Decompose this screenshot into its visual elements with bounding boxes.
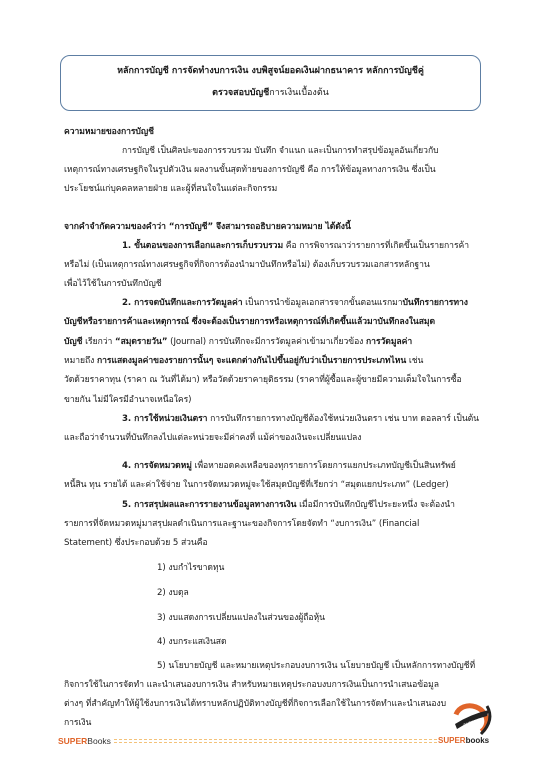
item-5-line-2: รายการที่จัดหมวดหมู่มาสรุปผลดำเนินการและ…	[64, 518, 419, 530]
logo-wordmark: SUPERbooks	[438, 736, 489, 746]
financial-statement-item: 1) งบกำไรขาดทุน	[157, 562, 224, 574]
item-2-bold-text: บันทึกรายการทาง	[403, 298, 468, 308]
item-2-text: เป็นการนำข้อมูลเอกสารจากขั้นตอนแรกมา	[242, 298, 402, 308]
item-2-text: หมายถึง	[64, 356, 97, 366]
financial-statement-item: 2) งบดุล	[157, 587, 189, 599]
section-heading-definition: จากคำจำกัดความของคำว่า “การบัญชี” จึงสาม…	[64, 221, 351, 233]
item-5-tail-line: กิจการใช้ในการจัดทำ และนำเสนองบการเงิน ส…	[64, 679, 439, 691]
item-4-title: 4. การจัดหมวดหมู่	[122, 461, 192, 471]
logo-books: books	[466, 736, 490, 745]
footer-brand-books: Books	[87, 736, 111, 746]
item-3-line-1: 3. การใช้หน่วยเงินตรา การบันทึกรายการทาง…	[122, 413, 479, 425]
item-2-bold-text: การวัดมูลค่า	[366, 337, 412, 347]
financial-statement-item: 5) นโยบายบัญชี และหมายเหตุประกอบงบการเงิ…	[157, 660, 475, 672]
item-2-line-1: 2. การจดบันทึกและการวัดมูลค่า เป็นการนำข…	[122, 297, 468, 309]
item-2-bold-text: บัญชีหรือรายการค้าและเหตุการณ์ ซึ่งจะต้อ…	[64, 317, 435, 327]
item-2-bold-text: การแสดงมูลค่าของรายการนั้นๆ จะแตกต่างกัน…	[97, 356, 406, 366]
item-1-line-1: 1. ขั้นตอนของการเลือกและการเก็บรวบรวม คื…	[122, 240, 469, 252]
item-2-bold-text: บัญชี	[64, 337, 82, 347]
title-line-2-normal: การเงินเบื้องต้น	[269, 88, 329, 98]
item-4-text: เพื่อหายอดคงเหลือของทุกรายการโดยการแยกปร…	[192, 461, 456, 471]
item-5-title: 5. การสรุปผลและการรายงานข้อมูลทางการเงิน	[122, 500, 296, 510]
item-3-line-2: และถือว่าจำนวนที่บันทึกลงไปแต่ละหน่วยจะม…	[64, 432, 361, 444]
item-2-text: (Journal) การบันทึกจะมีการวัดมูลค่าเข้าม…	[167, 337, 366, 347]
title-box: หลักการบัญชี การจัดทำงบการเงิน งบพิสูจน์…	[60, 55, 481, 111]
financial-statement-item: 4) งบกระแสเงินสด	[157, 636, 227, 648]
item-3-title: 3. การใช้หน่วยเงินตรา	[122, 414, 207, 424]
footer-brand: SUPERBooks	[58, 735, 111, 747]
item-2-title: 2. การจดบันทึกและการวัดมูลค่า	[122, 298, 242, 308]
item-2-line-2: บัญชีหรือรายการค้าและเหตุการณ์ ซึ่งจะต้อ…	[64, 316, 435, 328]
item-2-line-5: วัดด้วยราคาทุน (ราคา ณ วันที่ได้มา) หรือ…	[64, 374, 462, 386]
item-1-line-3: เพื่อไว้ใช้ในการบันทึกบัญชี	[64, 278, 162, 290]
item-2-line-4: หมายถึง การแสดงมูลค่าของรายการนั้นๆ จะแต…	[64, 355, 423, 367]
footer-brand-super: SUPER	[58, 736, 87, 746]
item-3-text: การบันทึกรายการทางบัญชีต้องใช้หน่วยเงินต…	[207, 414, 479, 424]
item-5-text: เมื่อมีการบันทึกบัญชีไประยะหนึ่ง จะต้องน…	[296, 500, 454, 510]
item-1-line-2: หรือไม่ (เป็นเหตุการณ์ทางเศรษฐกิจที่กิจก…	[64, 259, 430, 271]
item-1-title: 1. ขั้นตอนของการเลือกและการเก็บรวบรวม	[122, 241, 283, 251]
paragraph-line: เหตุการณ์ทางเศรษฐกิจในรูปตัวเงิน ผลงานขั…	[64, 164, 436, 176]
financial-statement-item: 3) งบแสดงการเปลี่ยนแปลงในส่วนของผู้ถือหุ…	[157, 612, 325, 624]
section-heading-accounting-meaning: ความหมายของการบัญชี	[64, 126, 154, 138]
item-2-text: เช่น	[406, 356, 423, 366]
logo-super: SUPER	[438, 736, 466, 745]
journal-term: “สมุดรายวัน”	[115, 337, 167, 347]
item-2-text: เรียกว่า	[82, 337, 115, 347]
item-4-line-2: หนี้สิน ทุน รายได้ และค่าใช้จ่าย ในการจั…	[64, 479, 449, 491]
title-line-1: หลักการบัญชี การจัดทำงบการเงิน งบพิสูจน์…	[61, 65, 480, 77]
item-1-text: คือ การพิจารณาว่ารายการที่เกิดขึ้นเป็นรา…	[283, 241, 469, 251]
item-5-tail-line: ต่างๆ ที่สำคัญทำให้ผู้ใช้งบการเงินได้ทรา…	[64, 698, 446, 710]
title-line-2-bold: ตรวจสอบบัญชี	[212, 88, 269, 98]
item-5-tail-line: การเงิน	[64, 717, 91, 729]
footer-divider	[114, 739, 437, 743]
item-2-line-6: ขายกัน ไม่มีใครมีอำนาจเหนือใคร)	[64, 394, 191, 406]
paragraph-line: การบัญชี เป็นศิลปะของการรวบรวม บันทึก จำ…	[122, 145, 439, 157]
item-2-line-3: บัญชี เรียกว่า “สมุดรายวัน” (Journal) กา…	[64, 336, 412, 348]
item-4-line-1: 4. การจัดหมวดหมู่ เพื่อหายอดคงเหลือของทุ…	[122, 460, 456, 472]
document-page: หลักการบัญชี การจัดทำงบการเงิน งบพิสูจน์…	[0, 0, 541, 778]
title-line-2: ตรวจสอบบัญชีการเงินเบื้องต้น	[61, 87, 480, 99]
item-5-line-3: Statement) ซึ่งประกอบด้วย 5 ส่วนคือ	[64, 537, 208, 549]
paragraph-line: ประโยชน์แก่บุคคลหลายฝ่าย และผู้ที่สนใจใน…	[64, 183, 277, 195]
item-5-line-1: 5. การสรุปผลและการรายงานข้อมูลทางการเงิน…	[122, 499, 455, 511]
